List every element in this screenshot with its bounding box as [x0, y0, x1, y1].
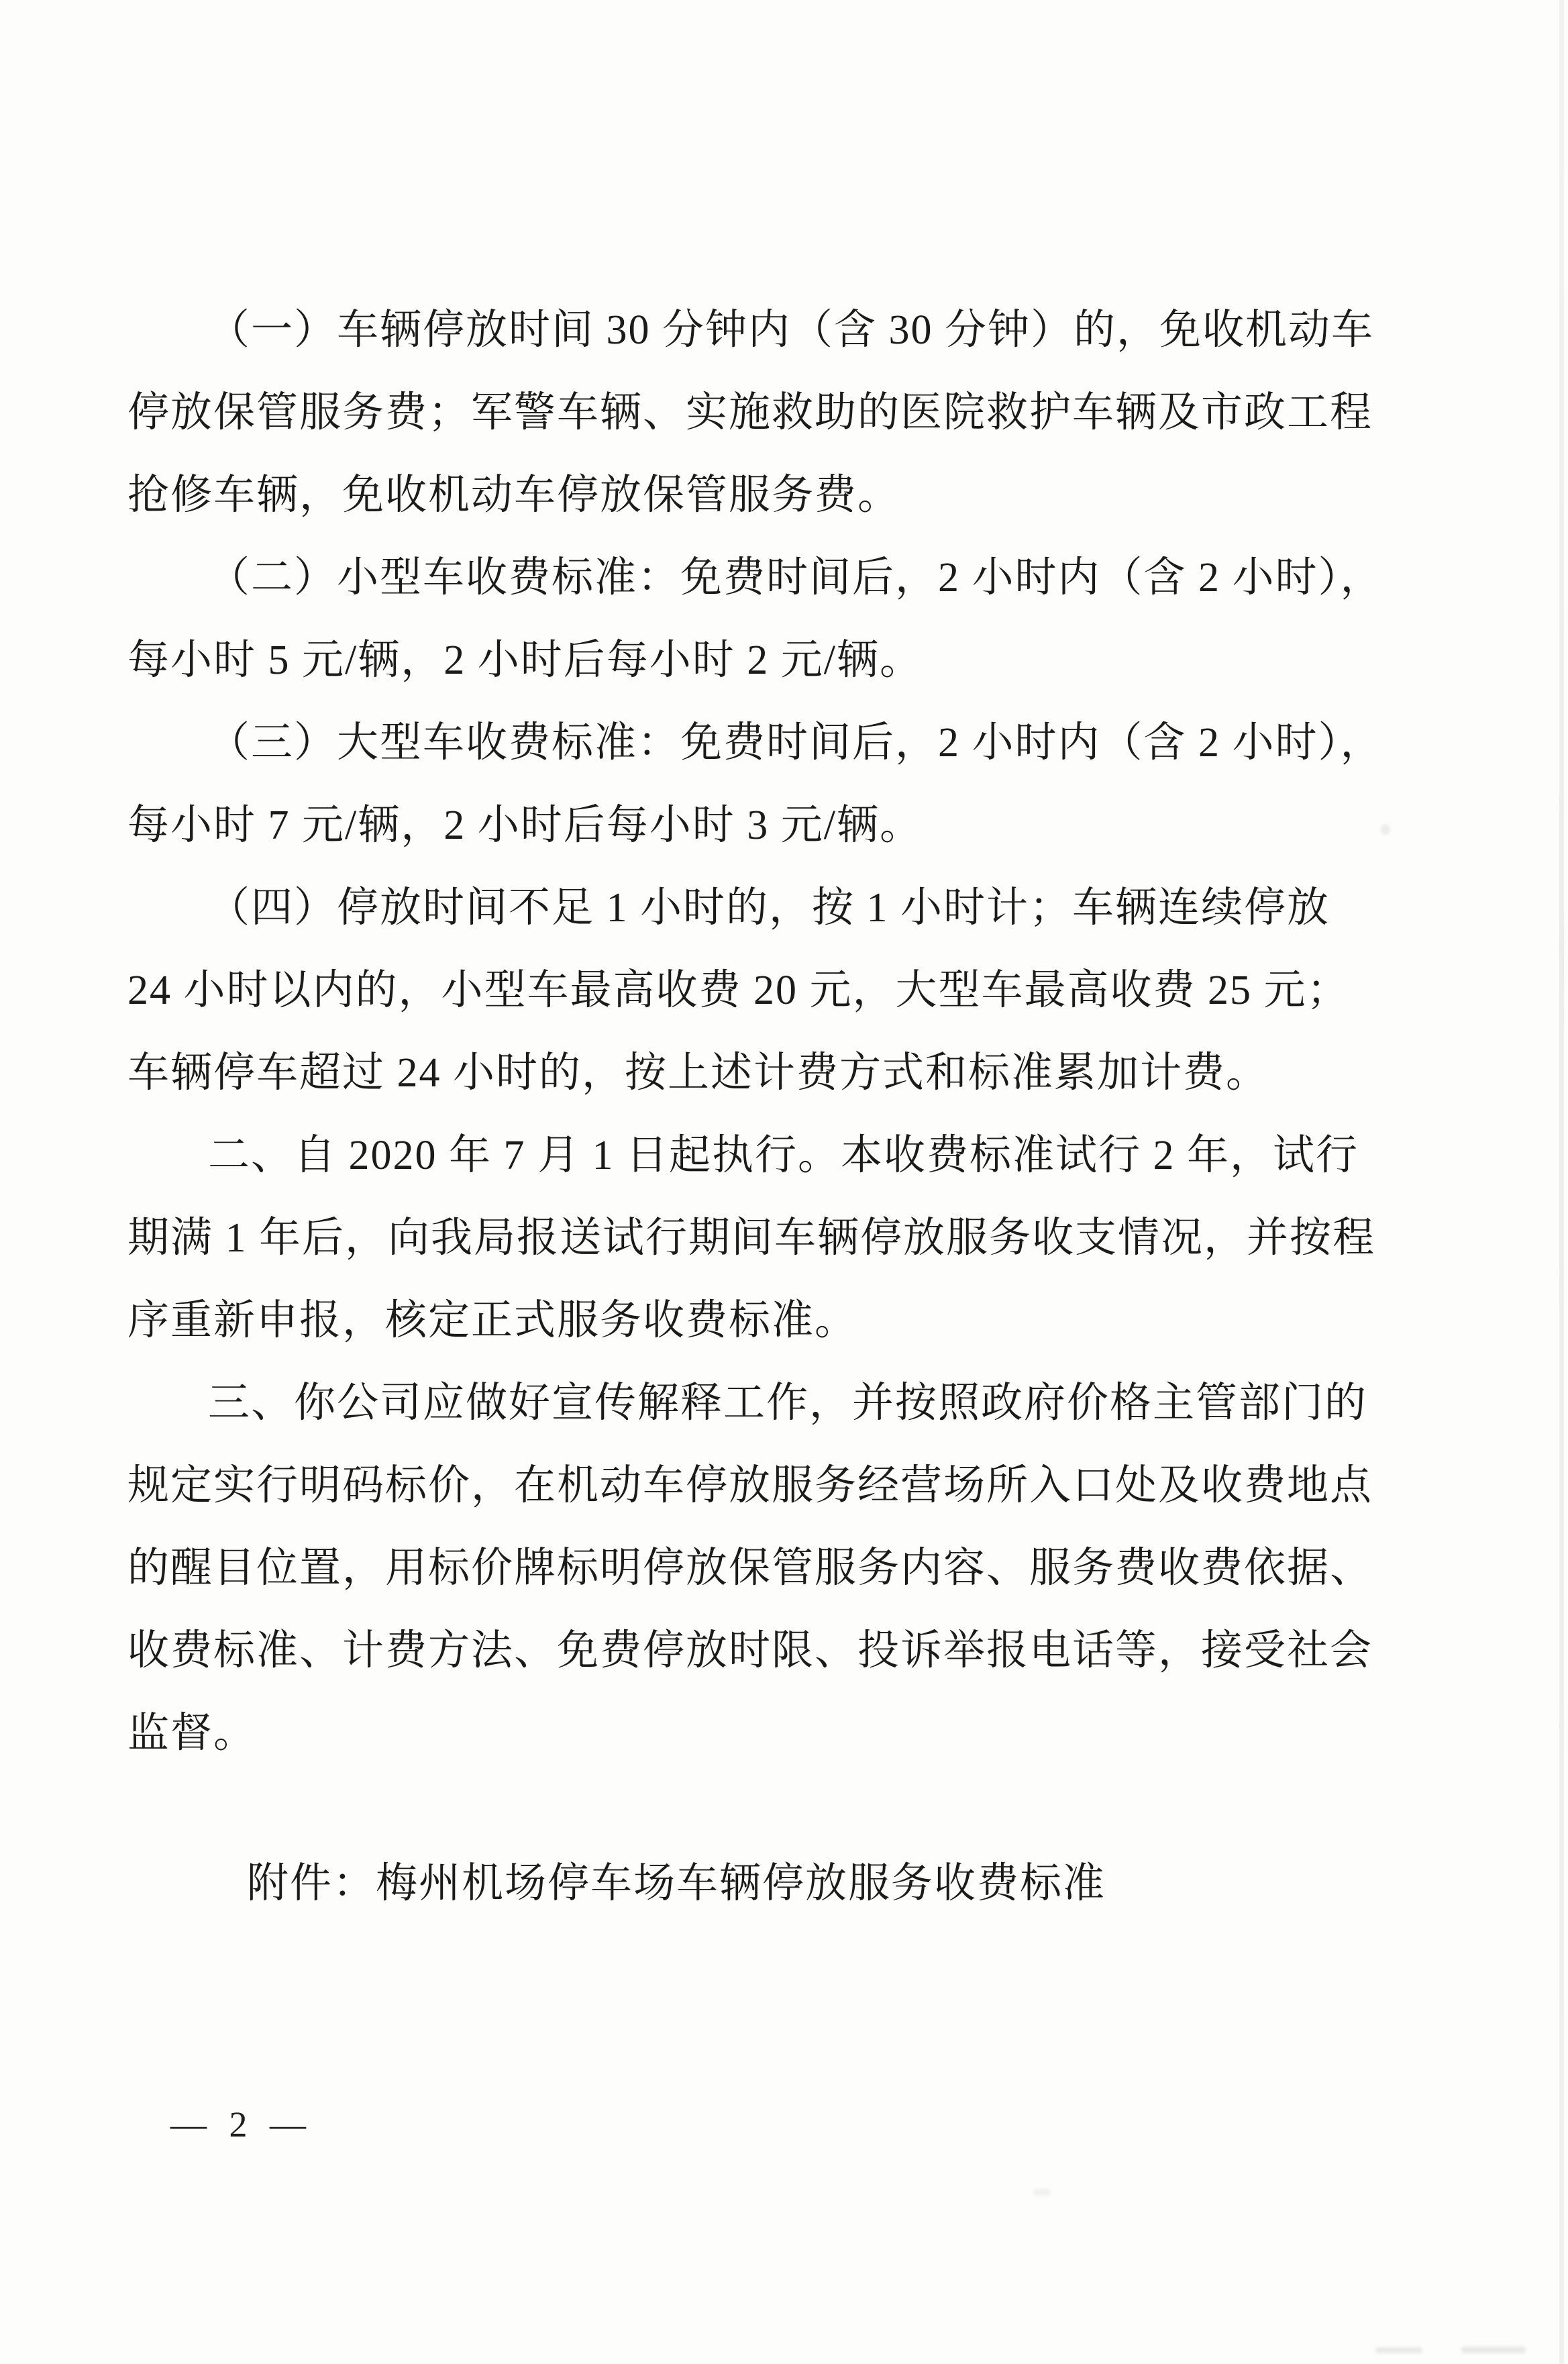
text-line: 序重新申报，核定正式服务收费标准。	[127, 1280, 1355, 1362]
ink-speck	[1375, 2347, 1422, 2353]
ink-speck	[1033, 2189, 1051, 2196]
text-line: 24 小时以内的，小型车最高收费 20 元，大型车最高收费 25 元；	[127, 949, 1355, 1032]
text-line: 收费标准、计费方法、免费停放时限、投诉举报电话等，接受社会	[127, 1610, 1355, 1692]
document-body: （一）车辆停放时间 30 分钟内（含 30 分钟）的，免收机动车停放保管服务费；…	[127, 289, 1355, 1775]
page-number: — 2 —	[170, 2100, 313, 2149]
text-line: 监督。	[127, 1692, 1355, 1775]
text-line: （二）小型车收费标准：免费时间后，2 小时内（含 2 小时），	[127, 537, 1355, 619]
text-line: 每小时 5 元/辆，2 小时后每小时 2 元/辆。	[127, 619, 1355, 702]
text-line: 的醒目位置，用标价牌标明停放保管服务内容、服务费收费依据、	[127, 1527, 1355, 1610]
text-line: 车辆停车超过 24 小时的，按上述计费方式和标准累加计费。	[127, 1032, 1355, 1115]
ink-speck	[1381, 824, 1390, 835]
text-line: 二、自 2020 年 7 月 1 日起执行。本收费标准试行 2 年，试行	[127, 1115, 1355, 1197]
text-line: （四）停放时间不足 1 小时的，按 1 小时计；车辆连续停放	[127, 867, 1355, 949]
document-page: （一）车辆停放时间 30 分钟内（含 30 分钟）的，免收机动车停放保管服务费；…	[0, 0, 1568, 2364]
ink-speck	[1461, 2347, 1526, 2353]
text-line: 停放保管服务费；军警车辆、实施救助的医院救护车辆及市政工程	[127, 372, 1355, 454]
text-line: 规定实行明码标价，在机动车停放服务经营场所入口处及收费地点	[127, 1445, 1355, 1527]
text-line: 每小时 7 元/辆，2 小时后每小时 3 元/辆。	[127, 784, 1355, 867]
text-line: （一）车辆停放时间 30 分钟内（含 30 分钟）的，免收机动车	[127, 289, 1355, 372]
scan-edge-artifact	[1559, 0, 1564, 2364]
text-line: （三）大型车收费标准：免费时间后，2 小时内（含 2 小时），	[127, 702, 1355, 784]
attachment-line: 附件：梅州机场停车场车辆停放服务收费标准	[127, 1843, 1402, 1925]
text-line: 三、你公司应做好宣传解释工作，并按照政府价格主管部门的	[127, 1362, 1355, 1445]
text-line: 抢修车辆，免收机动车停放保管服务费。	[127, 454, 1355, 537]
text-line: 期满 1 年后，向我局报送试行期间车辆停放服务收支情况，并按程	[127, 1197, 1355, 1280]
